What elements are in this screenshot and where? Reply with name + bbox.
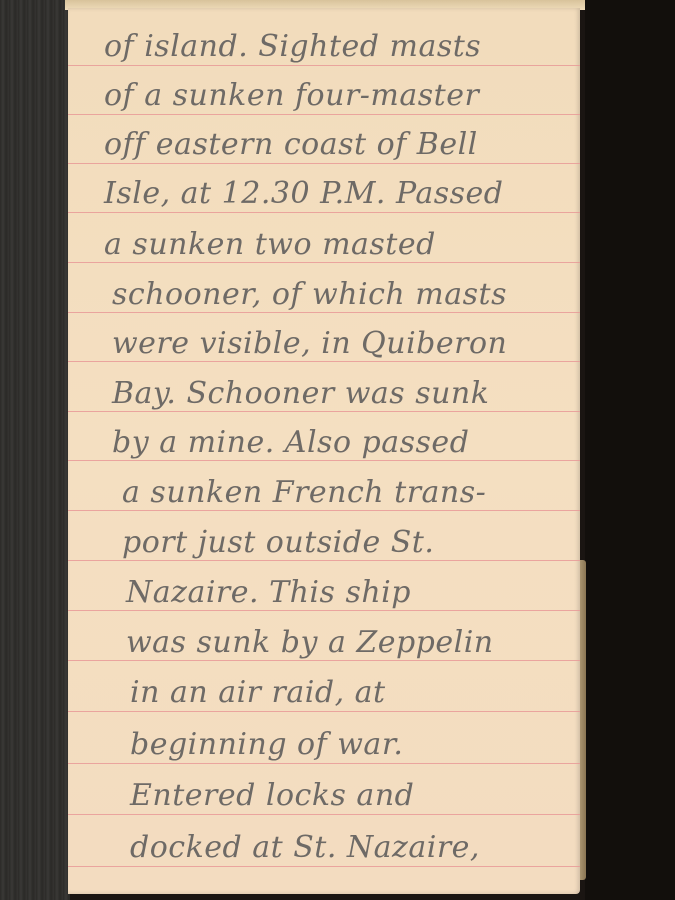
handwritten-line: of island. Sighted masts <box>104 22 481 72</box>
handwritten-line: Nazaire. This ship <box>126 568 411 618</box>
handwritten-line: beginning of war. <box>130 720 403 770</box>
handwritten-line: off eastern coast of Bell <box>104 120 478 170</box>
handwritten-line: was sunk by a Zeppelin <box>126 618 494 668</box>
handwritten-line: port just outside St. <box>122 518 434 568</box>
handwritten-line: by a mine. Also passed <box>112 418 469 468</box>
handwritten-line: were visible, in Quiberon <box>112 319 507 369</box>
handwritten-line: a sunken two masted <box>104 220 436 270</box>
handwritten-line: of a sunken four-master <box>104 71 479 121</box>
handwritten-line: Entered locks and <box>130 771 414 821</box>
desk-surface-right <box>585 0 675 900</box>
handwritten-line: docked at St. Nazaire, <box>130 823 480 873</box>
handwritten-line: in an air raid, at <box>130 668 386 718</box>
desk-surface-left <box>0 0 70 900</box>
handwritten-line: schooner, of which masts <box>112 270 507 320</box>
handwritten-line: Bay. Schooner was sunk <box>112 369 489 419</box>
handwritten-line: Isle, at 12.30 P.M. Passed <box>104 169 503 219</box>
notebook-page: of island. Sighted masts of a sunken fou… <box>68 8 580 894</box>
handwritten-line: a sunken French trans- <box>122 468 486 518</box>
